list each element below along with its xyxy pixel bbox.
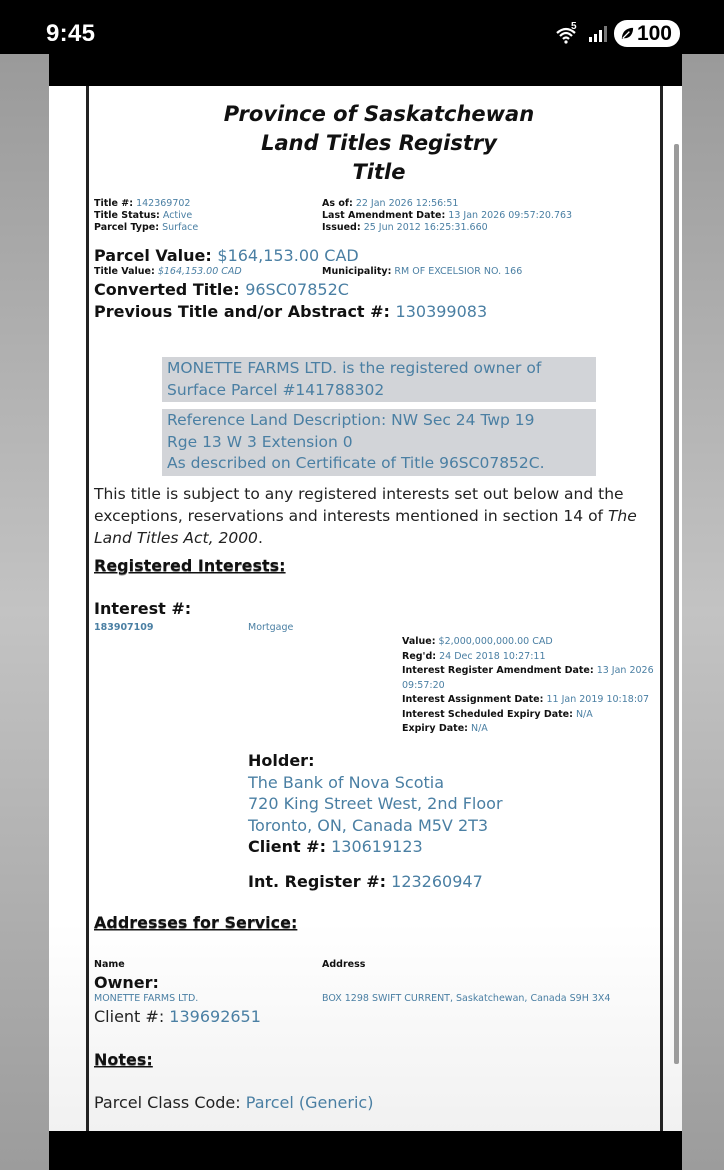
viewer-top-bar bbox=[49, 54, 682, 86]
land-description: Reference Land Description: NW Sec 24 Tw… bbox=[162, 409, 596, 476]
battery-indicator: 100 bbox=[614, 20, 680, 47]
background-left bbox=[0, 54, 49, 1170]
clock: 9:45 bbox=[46, 20, 95, 48]
registered-interests-heading: Registered Interests: bbox=[94, 556, 286, 575]
interest-scheduled-expiry: N/A bbox=[576, 709, 593, 720]
last-amendment-date: 13 Jan 2026 09:57:20.763 bbox=[448, 210, 572, 221]
document-header: Province of Saskatchewan Land Titles Reg… bbox=[94, 100, 664, 187]
holder-name: The Bank of Nova Scotia bbox=[248, 772, 503, 794]
municipality: Municipality: RM OF EXCELSIOR NO. 166 bbox=[322, 266, 522, 277]
title-number: 142369702 bbox=[136, 198, 190, 209]
name-column-header: Name bbox=[94, 959, 125, 970]
subject-statement: This title is subject to any registered … bbox=[94, 483, 668, 549]
owner-label: Owner: bbox=[94, 973, 159, 992]
viewer-bottom-bar bbox=[49, 1131, 682, 1170]
status-icons: 5 100 bbox=[556, 20, 680, 47]
interest-details: Value: $2,000,000,000.00 CAD Reg'd: 24 D… bbox=[402, 635, 664, 737]
interest-assignment-date: 11 Jan 2019 10:18:07 bbox=[546, 694, 649, 705]
interest-value: $2,000,000,000.00 CAD bbox=[439, 636, 553, 647]
previous-title: Previous Title and/or Abstract #: 130399… bbox=[94, 302, 487, 322]
owner-client-number: Client #: 139692651 bbox=[94, 1007, 261, 1026]
leaf-icon bbox=[620, 26, 635, 41]
title-status: Active bbox=[163, 210, 192, 221]
addresses-for-service-heading: Addresses for Service: bbox=[94, 913, 297, 932]
parcel-type: Surface bbox=[162, 222, 198, 233]
interest-holder: Holder: The Bank of Nova Scotia 720 King… bbox=[248, 750, 503, 858]
scrollbar[interactable] bbox=[674, 144, 679, 1064]
address-column-header: Address bbox=[322, 959, 365, 970]
owner-name: MONETTE FARMS LTD. bbox=[94, 993, 198, 1004]
title-value: Title Value: $164,153.00 CAD bbox=[94, 266, 242, 277]
status-bar: 9:45 5 100 bbox=[0, 0, 724, 54]
as-of-date: 22 Jan 2026 12:56:51 bbox=[356, 198, 459, 209]
interest-registered-date: 24 Dec 2018 10:27:11 bbox=[439, 651, 545, 662]
holder-client-number: 130619123 bbox=[331, 837, 423, 856]
title-meta: Title #: 142369702 Title Status: Active … bbox=[94, 198, 664, 244]
document-viewport[interactable]: Province of Saskatchewan Land Titles Reg… bbox=[49, 86, 682, 1131]
interest-number: 183907109 bbox=[94, 622, 154, 633]
parcel-class-code: Parcel Class Code: Parcel (Generic) bbox=[94, 1093, 373, 1112]
holder-address-line1: 720 King Street West, 2nd Floor bbox=[248, 793, 503, 815]
parcel-value: Parcel Value: $164,153.00 CAD bbox=[94, 246, 359, 266]
int-register: Int. Register #: 123260947 bbox=[248, 872, 483, 891]
interest-heading: Interest #: bbox=[94, 599, 191, 618]
wifi-icon: 5 bbox=[556, 23, 582, 45]
title-document: Province of Saskatchewan Land Titles Reg… bbox=[86, 86, 663, 1131]
issued-date: 25 Jun 2012 16:25:31.660 bbox=[364, 222, 488, 233]
converted-title: Converted Title: 96SC07852C bbox=[94, 280, 349, 300]
owner-statement: MONETTE FARMS LTD. is the registered own… bbox=[162, 357, 596, 402]
holder-address-line2: Toronto, ON, Canada M5V 2T3 bbox=[248, 815, 503, 837]
cell-signal-icon bbox=[589, 26, 607, 42]
interest-expiry: N/A bbox=[471, 723, 488, 734]
notes-heading: Notes: bbox=[94, 1050, 153, 1069]
owner-address: BOX 1298 SWIFT CURRENT, Saskatchewan, Ca… bbox=[322, 993, 610, 1004]
interest-type: Mortgage bbox=[248, 622, 293, 633]
background-right bbox=[682, 54, 724, 1170]
